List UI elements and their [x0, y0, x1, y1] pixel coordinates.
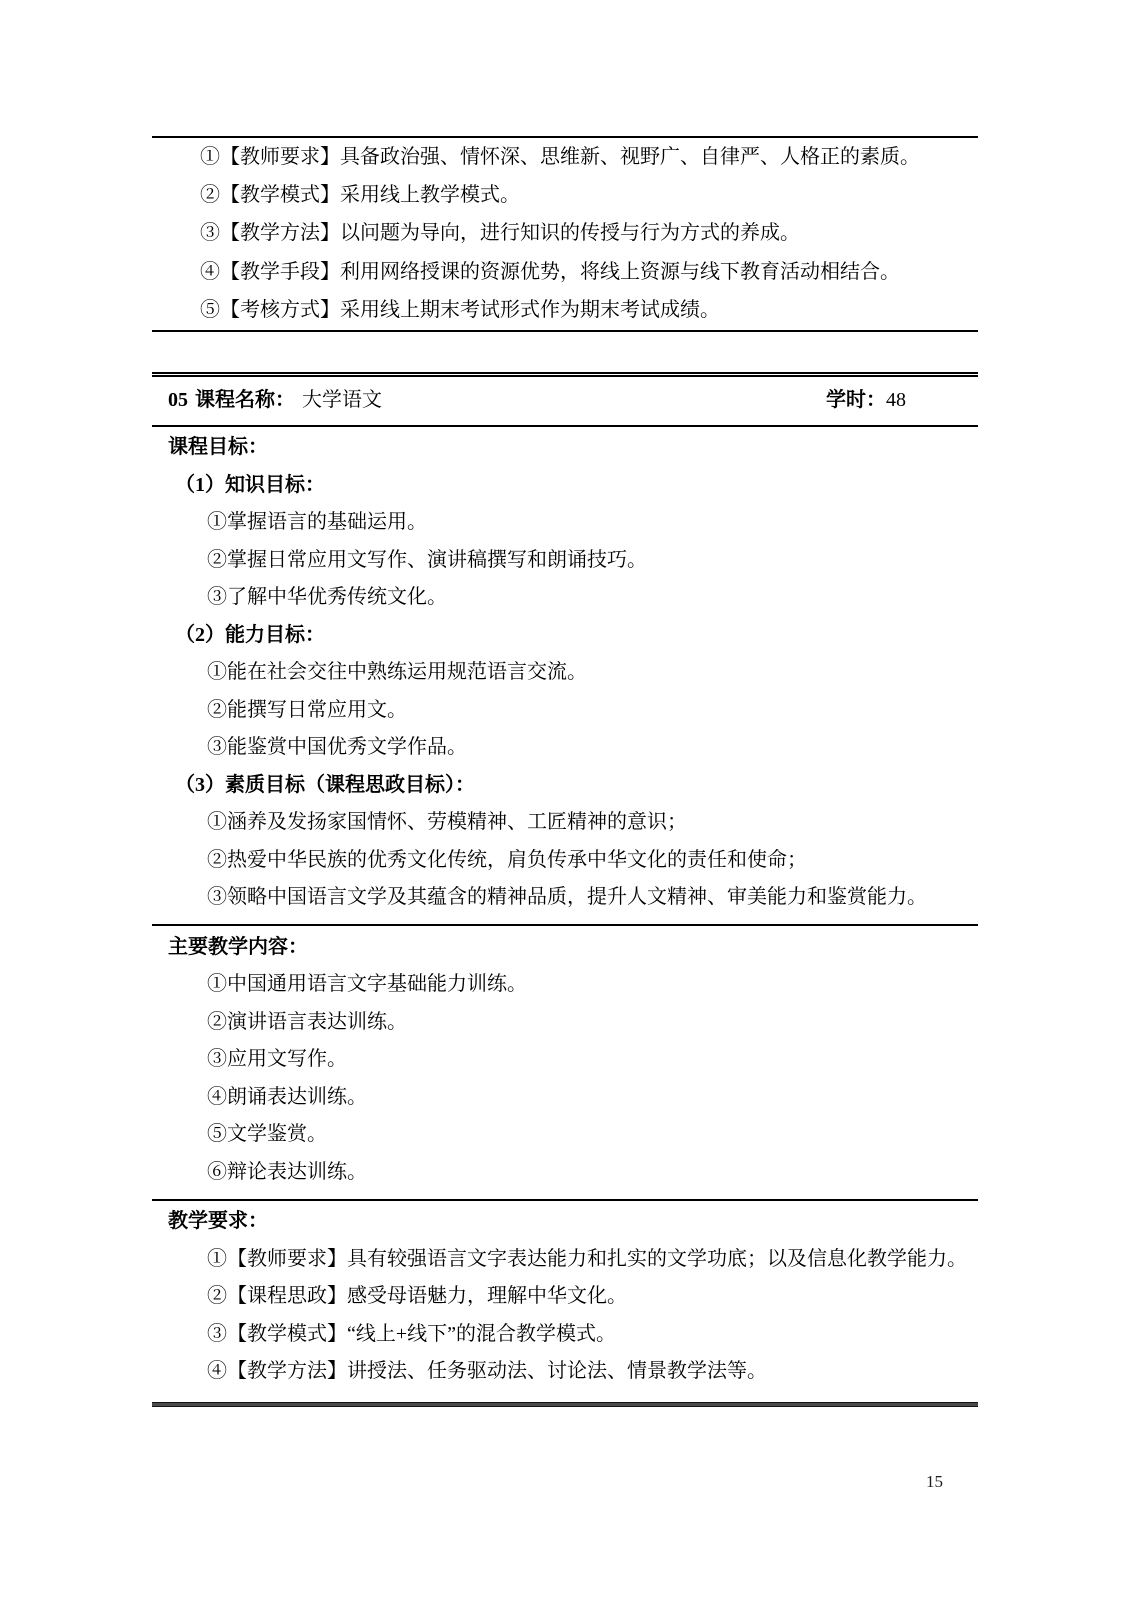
list-item: ⑤【考核方式】采用线上期末考试形式作为期末考试成绩。 [152, 292, 978, 330]
list-item: ⑥辩论表达训练。 [152, 1153, 978, 1191]
list-item: ③能鉴赏中国优秀文学作品。 [152, 729, 978, 767]
course-title: 05 课程名称： 大学语文 [168, 389, 382, 412]
ability-objectives-list: ①能在社会交往中熟练运用规范语言交流。②能撰写日常应用文。③能鉴赏中国优秀文学作… [152, 654, 978, 767]
teaching-requirements-heading: 教学要求： [152, 1203, 978, 1241]
course-name-label: 课程名称： [195, 389, 295, 412]
list-item: ①中国通用语言文字基础能力训练。 [152, 966, 978, 1004]
list-item: ①涵养及发扬家国情怀、劳模精神、工匠精神的意识； [152, 804, 978, 842]
section-bottom-border [152, 1402, 978, 1407]
teaching-content-list: ①中国通用语言文字基础能力训练。②演讲语言表达训练。③应用文写作。④朗诵表达训练… [152, 966, 978, 1191]
course-hours-label: 学时： [826, 389, 886, 412]
list-item: ③应用文写作。 [152, 1041, 978, 1079]
knowledge-objectives-heading: （1）知识目标： [152, 466, 978, 504]
quality-objectives-list: ①涵养及发扬家国情怀、劳模精神、工匠精神的意识；②热爱中华民族的优秀文化传统，肩… [152, 804, 978, 917]
list-item: ②演讲语言表达训练。 [152, 1003, 978, 1041]
teaching-requirements-cell: 教学要求： ①【教师要求】具有较强语言文字表达能力和扎实的文学功底；以及信息化教… [152, 1201, 978, 1403]
quality-objectives-heading: （3）素质目标（课程思政目标）： [152, 766, 978, 804]
list-item: ③【教学方法】以问题为导向，进行知识的传授与行为方式的养成。 [152, 215, 978, 253]
list-item: ③【教学模式】“线上+线下”的混合教学模式。 [152, 1315, 978, 1353]
list-item: ①掌握语言的基础运用。 [152, 504, 978, 542]
ability-objectives-heading: （2）能力目标： [152, 616, 978, 654]
document-page: ①【教师要求】具备政治强、情怀深、思维新、视野广、自律严、人格正的素质。②【教学… [0, 0, 1131, 1600]
list-item: ④【教学手段】利用网络授课的资源优势，将线上资源与线下教育活动相结合。 [152, 253, 978, 291]
page-number: 15 [926, 1472, 943, 1492]
list-item: ②掌握日常应用文写作、演讲稿撰写和朗诵技巧。 [152, 541, 978, 579]
course-hours-value: 48 [886, 389, 906, 412]
course-hours: 学时： 48 [826, 389, 906, 412]
list-item: ⑤文学鉴赏。 [152, 1116, 978, 1154]
list-item: ①能在社会交往中熟练运用规范语言交流。 [152, 654, 978, 692]
list-item: ②【课程思政】感受母语魅力，理解中华文化。 [152, 1278, 978, 1316]
course-objectives-cell: 课程目标： （1）知识目标： ①掌握语言的基础运用。②掌握日常应用文写作、演讲稿… [152, 427, 978, 927]
list-item: ②【教学模式】采用线上教学模式。 [152, 176, 978, 214]
objectives-heading: 课程目标： [152, 429, 978, 467]
teaching-requirements-list: ①【教师要求】具有较强语言文字表达能力和扎实的文学功底；以及信息化教学能力。②【… [152, 1240, 978, 1390]
list-item: ②热爱中华民族的优秀文化传统，肩负传承中华文化的责任和使命； [152, 841, 978, 879]
list-item: ①【教师要求】具有较强语言文字表达能力和扎实的文学功底；以及信息化教学能力。 [152, 1240, 978, 1278]
list-item: ②能撰写日常应用文。 [152, 691, 978, 729]
teaching-content-heading: 主要教学内容： [152, 928, 978, 966]
list-item: ④【教学方法】讲授法、任务驱动法、讨论法、情景教学法等。 [152, 1353, 978, 1391]
knowledge-objectives-list: ①掌握语言的基础运用。②掌握日常应用文写作、演讲稿撰写和朗诵技巧。③了解中华优秀… [152, 504, 978, 617]
course-number: 05 [168, 389, 188, 412]
teaching-content-cell: 主要教学内容： ①中国通用语言文字基础能力训练。②演讲语言表达训练。③应用文写作… [152, 926, 978, 1201]
list-item: ①【教师要求】具备政治强、情怀深、思维新、视野广、自律严、人格正的素质。 [152, 138, 978, 176]
previous-course-requirements-section: ①【教师要求】具备政治强、情怀深、思维新、视野广、自律严、人格正的素质。②【教学… [152, 136, 978, 332]
list-item: ③领略中国语言文学及其蕴含的精神品质，提升人文精神、审美能力和鉴赏能力。 [152, 879, 978, 917]
course-section: 05 课程名称： 大学语文 学时： 48 课程目标： （1）知识目标： ①掌握语… [152, 372, 978, 1408]
list-item: ③了解中华优秀传统文化。 [152, 579, 978, 617]
previous-course-requirements-list: ①【教师要求】具备政治强、情怀深、思维新、视野广、自律严、人格正的素质。②【教学… [152, 138, 978, 330]
page-content-column: ①【教师要求】具备政治强、情怀深、思维新、视野广、自律严、人格正的素质。②【教学… [152, 0, 978, 1407]
list-item: ④朗诵表达训练。 [152, 1078, 978, 1116]
course-name: 大学语文 [302, 389, 382, 412]
course-header-row: 05 课程名称： 大学语文 学时： 48 [152, 377, 978, 427]
